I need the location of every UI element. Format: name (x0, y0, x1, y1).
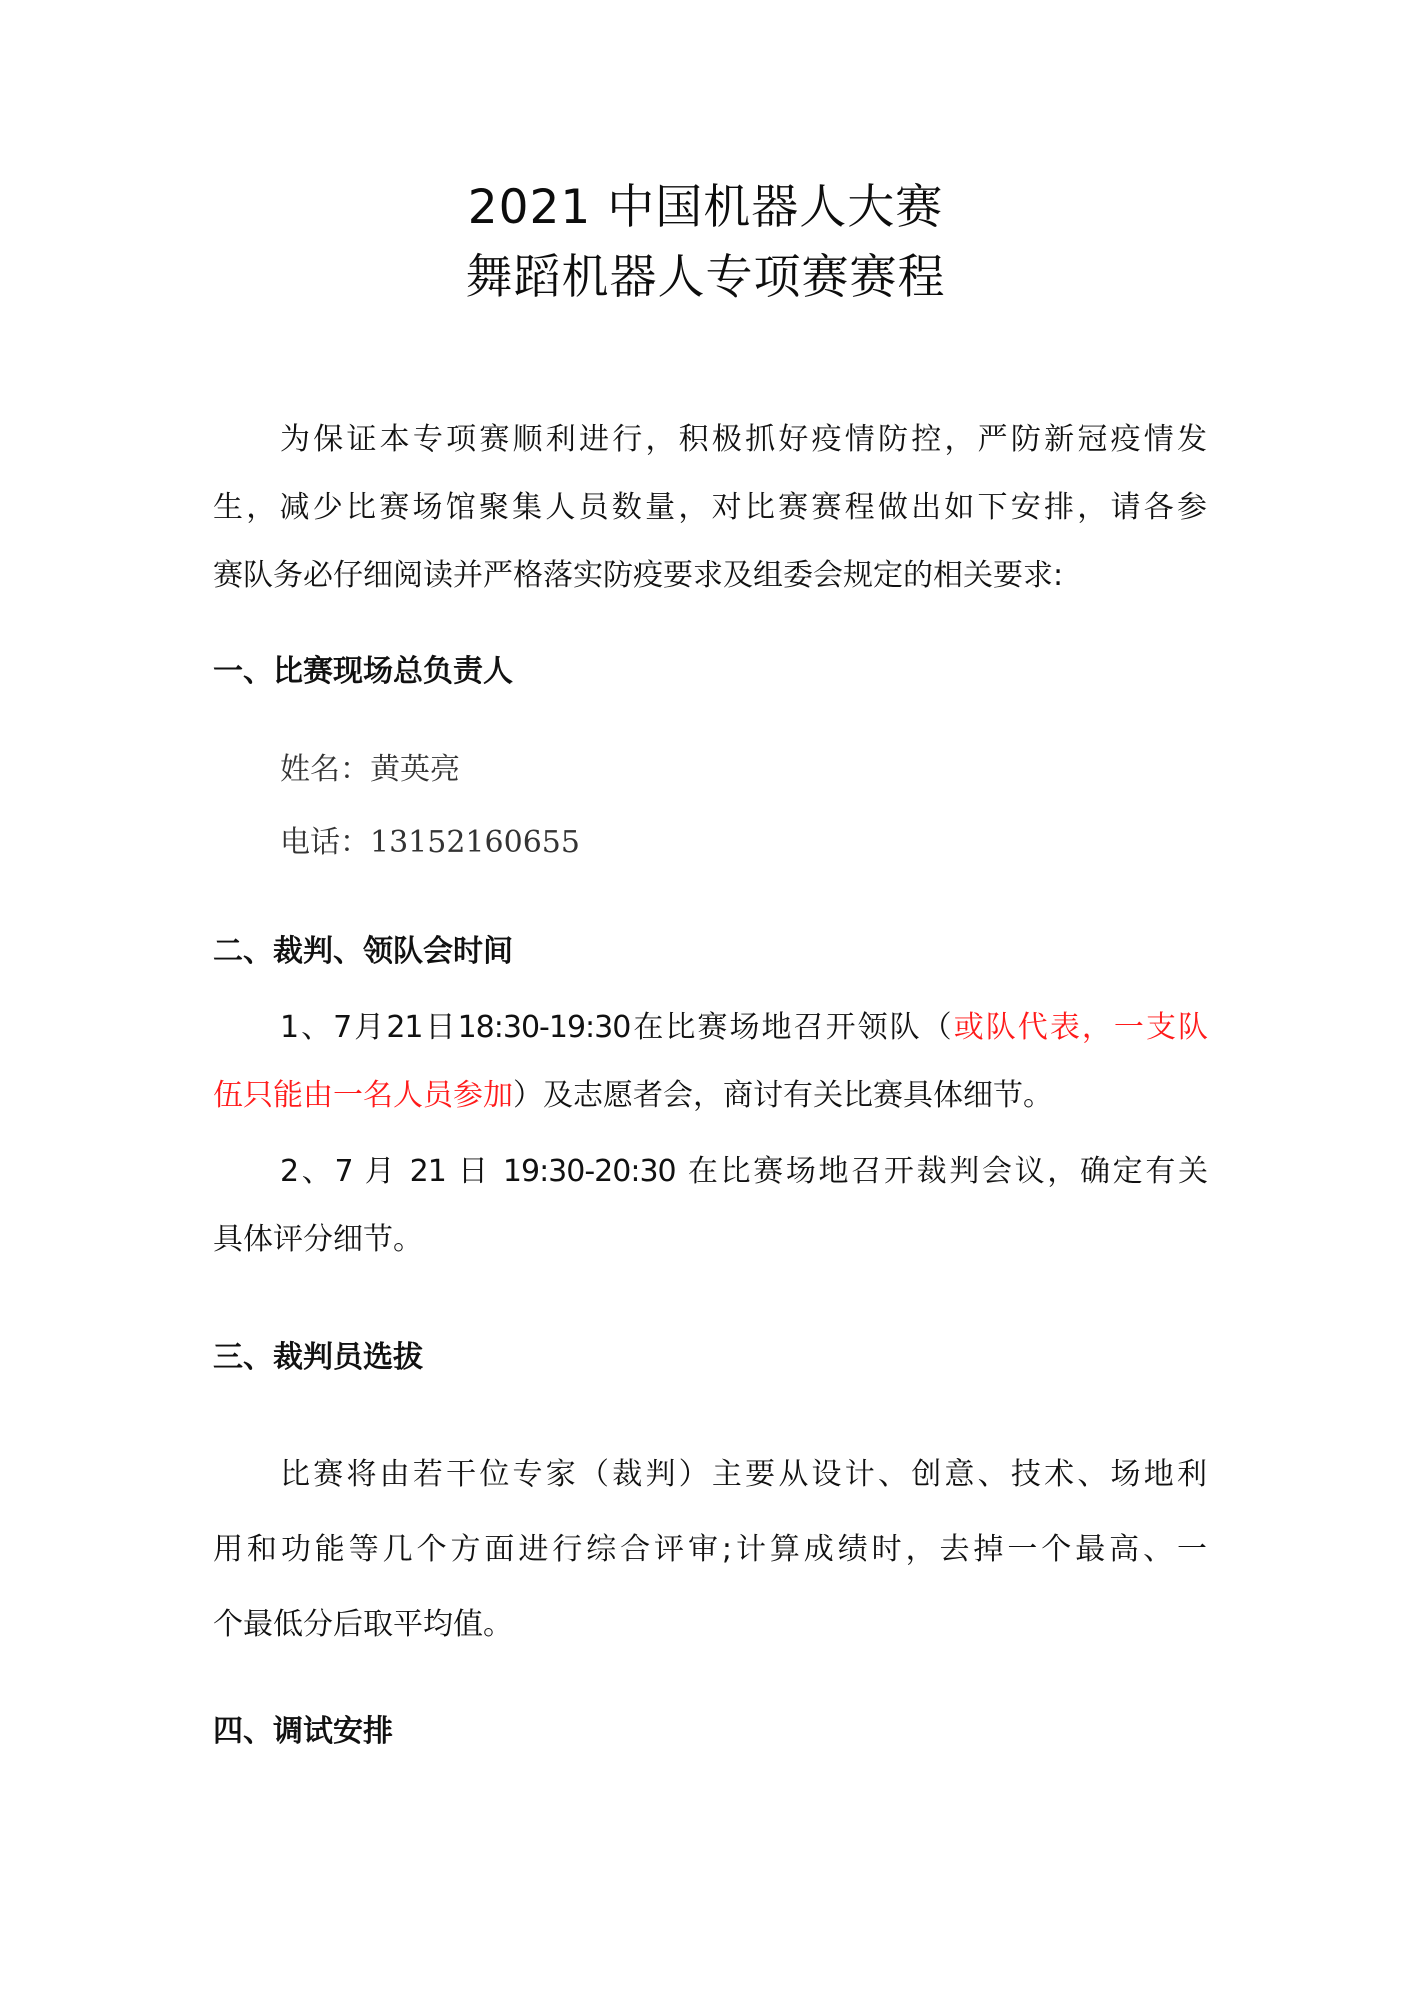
section-4-heading: 四、调试安排 (213, 1712, 1207, 1752)
item-1-red-note-start: 或队代表，一支队 (954, 1010, 1207, 1045)
section-3-line-2: 用和功能等几个方面进行综合评审;计算成绩时，去掉一个最高、一 (213, 1530, 1207, 1570)
intro-line-2: 生，减少比赛场馆聚集人员数量，对比赛赛程做出如下安排，请各参 (213, 488, 1207, 528)
section-2-heading: 二、裁判、领队会时间 (213, 932, 1207, 972)
contact-phone: 电话：13152160655 (280, 823, 1274, 863)
section-3-heading: 三、裁判员选拔 (213, 1338, 1207, 1378)
item-1-suffix: ）及志愿者会，商讨有关比赛具体细节。 (513, 1078, 1053, 1113)
section-1-heading: 一、比赛现场总负责人 (213, 652, 1207, 692)
section-3-line-3: 个最低分后取平均值。 (213, 1605, 1207, 1645)
section-2-item-1-line-2: 伍只能由一名人员参加）及志愿者会，商讨有关比赛具体细节。 (213, 1076, 1207, 1116)
section-2-item-1-line-1: 1、7月21日18:30-19:30在比赛场地召开领队（或队代表，一支队 (280, 1008, 1207, 1048)
phone-label: 电话： (280, 825, 370, 860)
name-value: 黄英亮 (370, 752, 460, 787)
section-3-line-1: 比赛将由若干位专家（裁判）主要从设计、创意、技术、场地利 (280, 1455, 1207, 1495)
title-line-1: 2021 中国机器人大赛 (0, 180, 1411, 236)
phone-value: 13152160655 (370, 825, 580, 860)
name-label: 姓名： (280, 752, 370, 787)
item-1-prefix: 1、7月21日18:30-19:30在比赛场地召开领队（ (280, 1010, 954, 1045)
section-2-item-2-line-2: 具体评分细节。 (213, 1220, 1207, 1260)
document-page: 2021 中国机器人大赛 舞蹈机器人专项赛赛程 为保证本专项赛顺利进行，积极抓好… (0, 0, 1411, 1995)
item-1-red-note-end: 伍只能由一名人员参加 (213, 1078, 513, 1113)
intro-line-3: 赛队务必仔细阅读并严格落实防疫要求及组委会规定的相关要求: (213, 556, 1207, 596)
intro-line-1: 为保证本专项赛顺利进行，积极抓好疫情防控，严防新冠疫情发 (280, 420, 1207, 460)
title-line-2: 舞蹈机器人专项赛赛程 (0, 250, 1411, 306)
contact-name: 姓名：黄英亮 (280, 750, 1274, 790)
section-2-item-2-line-1: 2、7 月 21 日 19:30-20:30 在比赛场地召开裁判会议，确定有关 (280, 1152, 1207, 1192)
